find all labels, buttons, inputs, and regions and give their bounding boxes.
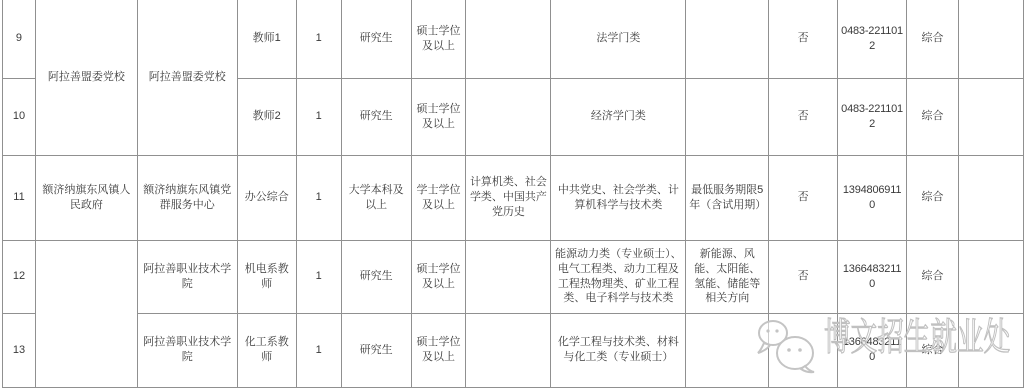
cell-fresh-flag: 否 [769, 240, 838, 313]
cell-extra [958, 78, 1023, 155]
cell-phone: 13664832110 [838, 313, 907, 387]
cell-position: 机电系教师 [237, 240, 296, 313]
cell-category: 综合 [907, 313, 959, 387]
cell-major-b: 化学工程与技术类、材料与化工类（专业硕士） [551, 313, 686, 387]
cell-major-a: 计算机类、社会学类、中国共产党历史 [466, 155, 551, 240]
cell-extra [958, 0, 1023, 78]
cell-row-no: 11 [3, 155, 36, 240]
cell-major-b: 经济学门类 [551, 78, 686, 155]
wechat-chat-bubbles-icon [755, 317, 821, 375]
recruitment-table: 9 阿拉善盟委党校 阿拉善盟委党校 教师1 1 研究生 硕士学位及以上 法学门类… [2, 0, 1024, 388]
cell-fresh-flag: 否 [769, 78, 838, 155]
cell-major-a [466, 0, 551, 78]
cell-education: 研究生 [341, 0, 411, 78]
cell-degree: 硕士学位及以上 [411, 0, 466, 78]
cell-department [35, 240, 137, 387]
table-row: 9 阿拉善盟委党校 阿拉善盟委党校 教师1 1 研究生 硕士学位及以上 法学门类… [3, 0, 1024, 78]
cell-row-no: 10 [3, 78, 36, 155]
cell-phone: 13948069110 [838, 155, 907, 240]
cell-headcount: 1 [296, 0, 341, 78]
cell-major-b: 能源动力类（专业硕士）、电气工程类、动力工程及工程热物理类、矿业工程类、电子科学… [551, 240, 686, 313]
cell-position: 化工系教师 [237, 313, 296, 387]
cell-phone: 13664832110 [838, 240, 907, 313]
cell-degree: 硕士学位及以上 [411, 240, 466, 313]
cell-category: 综合 [907, 0, 959, 78]
cell-unit: 阿拉善职业技术学院 [137, 240, 237, 313]
cell-unit: 阿拉善职业技术学院 [137, 313, 237, 387]
table-row: 13 阿拉善职业技术学院 化工系教师 1 研究生 硕士学位及以上 化学工程与技术… [3, 313, 1024, 387]
cell-category: 综合 [907, 240, 959, 313]
cell-degree: 学士学位及以上 [411, 155, 466, 240]
table-row: 11 额济纳旗东风镇人民政府 额济纳旗东风镇党群服务中心 办公综合 1 大学本科… [3, 155, 1024, 240]
cell-row-no: 9 [3, 0, 36, 78]
cell-row-no: 13 [3, 313, 36, 387]
cell-category: 综合 [907, 155, 959, 240]
cell-category: 综合 [907, 78, 959, 155]
cell-unit: 阿拉善盟委党校 [137, 0, 237, 155]
cell-major-a [466, 240, 551, 313]
cell-other-req: 新能源、风能、太阳能、氢能、储能等相关方向 [686, 240, 769, 313]
cell-department: 阿拉善盟委党校 [35, 0, 137, 155]
cell-education: 研究生 [341, 313, 411, 387]
cell-phone: 0483-2211012 [838, 0, 907, 78]
cell-row-no: 12 [3, 240, 36, 313]
cell-headcount: 1 [296, 240, 341, 313]
cell-headcount: 1 [296, 78, 341, 155]
cell-education: 大学本科及以上 [341, 155, 411, 240]
cell-position: 教师2 [237, 78, 296, 155]
cell-extra [958, 240, 1023, 313]
cell-major-a [466, 313, 551, 387]
cell-fresh-flag: 否 [769, 155, 838, 240]
recruitment-table-screenshot: 9 阿拉善盟委党校 阿拉善盟委党校 教师1 1 研究生 硕士学位及以上 法学门类… [0, 0, 1024, 392]
cell-education: 研究生 [341, 78, 411, 155]
cell-unit: 额济纳旗东风镇党群服务中心 [137, 155, 237, 240]
cell-major-b: 中共党史、社会学类、计算机科学与技术类 [551, 155, 686, 240]
cell-department: 额济纳旗东风镇人民政府 [35, 155, 137, 240]
cell-position: 教师1 [237, 0, 296, 78]
cell-degree: 硕士学位及以上 [411, 78, 466, 155]
cell-major-a [466, 78, 551, 155]
cell-headcount: 1 [296, 313, 341, 387]
cell-other-req [686, 78, 769, 155]
cell-major-b: 法学门类 [551, 0, 686, 78]
cell-other-req: 最低服务期限5年（含试用期） [686, 155, 769, 240]
cell-degree: 硕士学位及以上 [411, 313, 466, 387]
cell-phone: 0483-2211012 [838, 78, 907, 155]
cell-fresh-flag: 否 [769, 0, 838, 78]
cell-headcount: 1 [296, 155, 341, 240]
cell-education: 研究生 [341, 240, 411, 313]
cell-other-req [686, 0, 769, 78]
table-row: 12 阿拉善职业技术学院 机电系教师 1 研究生 硕士学位及以上 能源动力类（专… [3, 240, 1024, 313]
cell-extra [958, 155, 1023, 240]
cell-position: 办公综合 [237, 155, 296, 240]
cell-extra [958, 313, 1023, 387]
